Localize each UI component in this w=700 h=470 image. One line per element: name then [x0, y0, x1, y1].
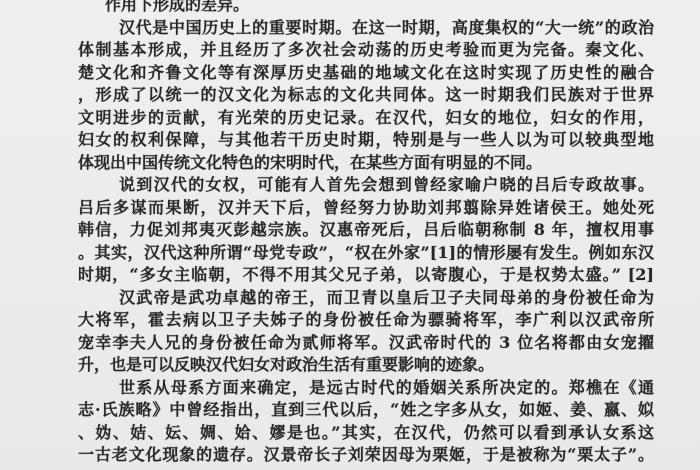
text-line: 妇女的权利保障，与其他若干历史时期，特别是与一些人以为可以较典型地	[78, 129, 654, 152]
text-line: 作用下形成的差异。	[78, 0, 654, 17]
text-line: 宠幸李夫人兄的身份被任命为贰师将军。汉武帝时代的 3 位名将都由女宠擢	[78, 332, 654, 355]
text-line: 世系从母系方面来确定，是远古时代的婚姻关系所决定的。郑樵在《通	[78, 377, 654, 400]
text-line: 一古老文化现象的遗存。汉景帝长子刘荣因母为栗姬，于是被称为“栗太子”。	[78, 444, 654, 467]
text-line: 、妫、姞、妘、婤、姶、嫪是也。”其实，在汉代，仍然可以看到承认女系这	[78, 422, 654, 445]
text-line: 汉代是中国历史上的重要时期。在这一时期，高度集权的“大一统”的政治	[78, 17, 654, 40]
text-line: ，形成了以统一的汉文化为标志的文化共同体。这一时期我们民族对于世界	[78, 84, 654, 107]
text-line: 时期，“多女主临朝，不得不用其父兄子弟，以寄腹心，于是权势太盛。” [2]	[78, 264, 654, 287]
text-line: 志·氏族略》中曾经指出，直到三代以后，“姓之字多从女，如姬、姜、嬴、姒	[78, 399, 654, 422]
text-line: 说到汉代的女权，可能有人首先会想到曾经家喻户晓的吕后专政故事。	[78, 174, 654, 197]
text-line: 。其实，汉代这种所谓“母党专政”，“权在外家”[1]的情形屡有发生。例如东汉	[78, 242, 654, 265]
text-line: 大将军，霍去病以卫子夫姊子的身份被任命为骠骑将军，李广利以汉武帝所	[78, 309, 654, 332]
text-line: 文明进步的贡献，有光荣的历史记录。在汉代，妇女的地位，妇女的作用，	[78, 107, 654, 130]
text-block: 作用下形成的差异。汉代是中国历史上的重要时期。在这一时期，高度集权的“大一统”的…	[78, 0, 654, 467]
text-line: 体现出中国传统文化特色的宋明时代，在某些方面有明显的不同。	[78, 152, 654, 175]
text-line: 楚文化和齐鲁文化等有深厚历史基础的地域文化在这时实现了历史性的融合	[78, 62, 654, 85]
text-line: 升，也是可以反映汉代妇女对政治生活有重要影响的迹象。	[78, 354, 654, 377]
text-line: 汉武帝是武功卓越的帝王，而卫青以皇后卫子夫同母弟的身份被任命为	[78, 287, 654, 310]
text-line: 韩信，力促刘邦夷灭彭越宗族。汉惠帝死后，吕后临朝称制 8 年，擅权用事	[78, 219, 654, 242]
text-line: 吕后多谋而果断，汉并天下后，曾经努力协助刘邦翦除异姓诸侯王。她处死	[78, 197, 654, 220]
text-line: 体制基本形成，并且经历了多次社会动荡的历史考验而更为完备。秦文化、	[78, 39, 654, 62]
document-page: 作用下形成的差异。汉代是中国历史上的重要时期。在这一时期，高度集权的“大一统”的…	[0, 0, 700, 470]
